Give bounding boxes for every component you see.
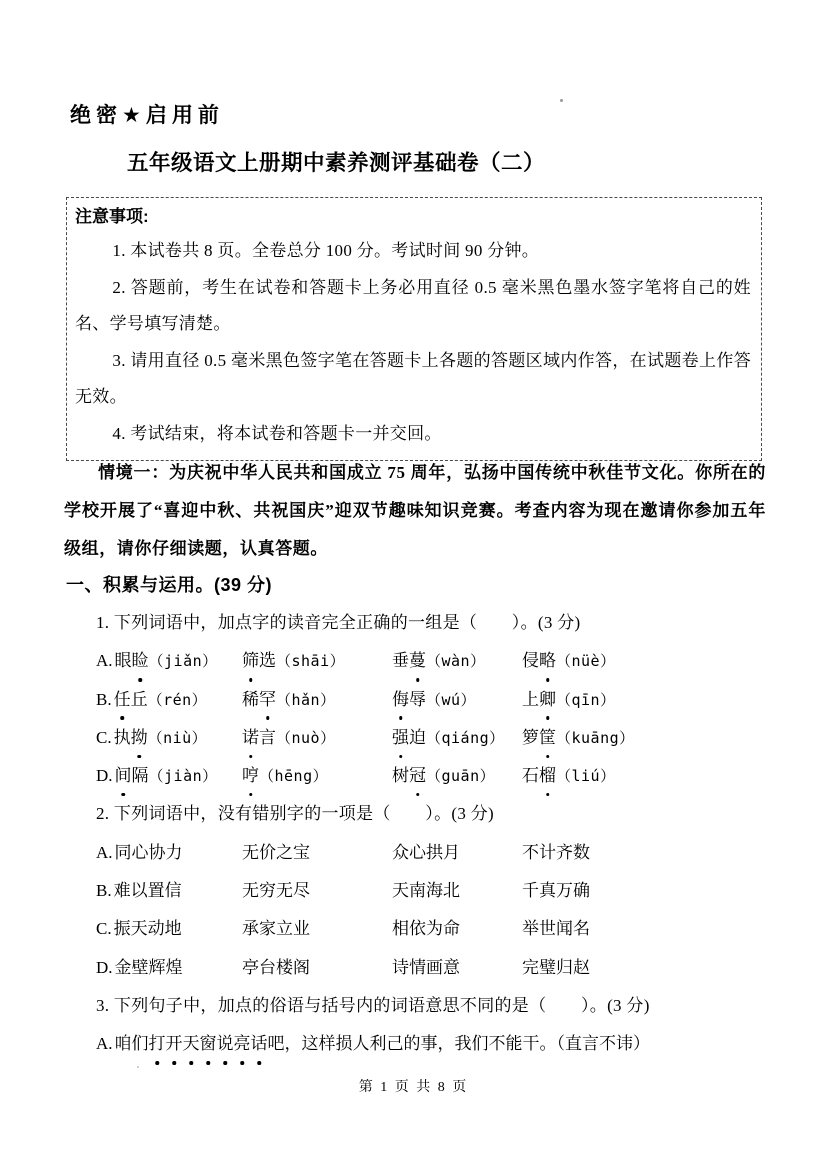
character: 天 bbox=[392, 872, 409, 910]
character: 万 bbox=[556, 872, 573, 910]
character: 众 bbox=[392, 834, 409, 872]
character: 迫 bbox=[409, 719, 426, 757]
option-item: 强迫（qiáng） bbox=[392, 719, 522, 757]
scan-speck bbox=[560, 99, 563, 102]
character: 哼 bbox=[242, 757, 259, 795]
option-item: A.眼睑（jiǎn） bbox=[96, 642, 242, 680]
option-item: 无穷无尽 bbox=[242, 872, 392, 910]
option-item: 亭台楼阁 bbox=[242, 949, 392, 987]
option-item: C.执拗（niù） bbox=[96, 719, 242, 757]
option-row: D.金壁辉煌亭台楼阁诗情画意完璧归赵 bbox=[96, 949, 768, 987]
pinyin-annotation: （qiáng） bbox=[426, 729, 505, 747]
character: 窗 bbox=[200, 1025, 217, 1063]
character: 协 bbox=[149, 834, 166, 872]
character: 开 bbox=[166, 1025, 183, 1063]
pinyin-annotation: （shāi） bbox=[276, 652, 345, 670]
character: 蔓 bbox=[409, 642, 426, 680]
character: 画 bbox=[426, 949, 443, 987]
pinyin-annotation: （hēng） bbox=[259, 767, 328, 785]
character: 意 bbox=[443, 949, 460, 987]
character: 说 bbox=[217, 1025, 234, 1063]
pinyin-annotation: （guān） bbox=[426, 767, 495, 785]
question-stem: 2. 下列词语中，没有错别字的一项是（ ）。(3 分) bbox=[66, 795, 768, 833]
character: 筛 bbox=[242, 642, 259, 680]
character: 不 bbox=[522, 834, 539, 872]
pinyin-annotation: （wú） bbox=[426, 691, 476, 709]
character: 打 bbox=[149, 1025, 166, 1063]
character: 丘 bbox=[131, 681, 148, 719]
notice-item-2: 2. 答题前，考生在试卷和答题卡上务必用直径 0.5 毫米黑色墨水签字笔将自己的… bbox=[75, 270, 751, 343]
character: 楼 bbox=[276, 949, 293, 987]
option-row: C.振天动地承家立业相依为命举世闻名 bbox=[96, 910, 768, 948]
character: 闻 bbox=[556, 910, 573, 948]
option-row: D.间隔（jiàn）哼（hēng）树冠（guān）石榴（liú） bbox=[96, 757, 768, 795]
notice-box: 注意事项: 1. 本试卷共 8 页。全卷总分 100 分。考试时间 90 分钟。… bbox=[66, 197, 762, 461]
character: 略 bbox=[539, 642, 556, 680]
character: 动 bbox=[148, 910, 165, 948]
pinyin-annotation: （nüè） bbox=[556, 652, 616, 670]
character: 穷 bbox=[259, 872, 276, 910]
pinyin-annotation: （jiàn） bbox=[149, 767, 218, 785]
option-row: A.同心协力无价之宝众心拱月不计齐数 bbox=[96, 834, 768, 872]
character: 同 bbox=[115, 834, 132, 872]
option-item: 承家立业 bbox=[242, 910, 392, 948]
character: 璧 bbox=[539, 949, 556, 987]
option-item: C.振天动地 bbox=[96, 910, 242, 948]
character: 尽 bbox=[293, 872, 310, 910]
pinyin-annotation: （kuāng） bbox=[556, 729, 635, 747]
character: 壁 bbox=[132, 949, 149, 987]
character: 承 bbox=[242, 910, 259, 948]
option-item: 众心拱月 bbox=[392, 834, 522, 872]
character: 石 bbox=[522, 757, 539, 795]
character: 为 bbox=[426, 910, 443, 948]
character: 命 bbox=[443, 910, 460, 948]
option-item: 垂蔓（wàn） bbox=[392, 642, 522, 680]
character: 辱 bbox=[409, 681, 426, 719]
option-item: 无价之宝 bbox=[242, 834, 392, 872]
character: 置 bbox=[148, 872, 165, 910]
option-item: 诗情画意 bbox=[392, 949, 522, 987]
character: 计 bbox=[539, 834, 556, 872]
option-item: 诺言（nuò） bbox=[242, 719, 392, 757]
option-row: C.执拗（niù）诺言（nuò）强迫（qiáng）箩筐（kuāng） bbox=[96, 719, 768, 757]
option-item: 上卿（qīn） bbox=[522, 681, 768, 719]
character: 榴 bbox=[539, 757, 556, 795]
option-item: 相依为命 bbox=[392, 910, 522, 948]
character: 树 bbox=[392, 757, 409, 795]
character: 煌 bbox=[166, 949, 183, 987]
character: 依 bbox=[409, 910, 426, 948]
option-item: 筛选（shāi） bbox=[242, 642, 392, 680]
character: 南 bbox=[409, 872, 426, 910]
character: 难 bbox=[114, 872, 131, 910]
option-label: C. bbox=[96, 728, 112, 747]
character: 卿 bbox=[539, 681, 556, 719]
option-sentence: A.咱们打开天窗说亮话吧，这样损人利己的事，我们不能干。（直言不讳） bbox=[66, 1025, 768, 1063]
character: 心 bbox=[132, 834, 149, 872]
character: 赵 bbox=[573, 949, 590, 987]
option-label: B. bbox=[96, 881, 112, 900]
character: 稀 bbox=[242, 681, 259, 719]
character: 心 bbox=[409, 834, 426, 872]
character: 地 bbox=[165, 910, 182, 948]
character: 间 bbox=[115, 757, 132, 795]
option-label: D. bbox=[96, 958, 113, 977]
option-label: B. bbox=[96, 690, 112, 709]
character: 台 bbox=[259, 949, 276, 987]
character: 月 bbox=[443, 834, 460, 872]
character: 强 bbox=[392, 719, 409, 757]
character: 筐 bbox=[539, 719, 556, 757]
character: 无 bbox=[242, 834, 259, 872]
character: 垂 bbox=[392, 642, 409, 680]
character: 金 bbox=[115, 949, 132, 987]
character: 确 bbox=[573, 872, 590, 910]
character: 侵 bbox=[522, 642, 539, 680]
character: 诗 bbox=[392, 949, 409, 987]
character: 冠 bbox=[409, 757, 426, 795]
scan-speck bbox=[137, 1066, 139, 1068]
option-item: 不计齐数 bbox=[522, 834, 768, 872]
character: 振 bbox=[114, 910, 131, 948]
option-item: D.间隔（jiàn） bbox=[96, 757, 242, 795]
pinyin-annotation: （niù） bbox=[148, 729, 208, 747]
character: 世 bbox=[539, 910, 556, 948]
character: 箩 bbox=[522, 719, 539, 757]
pinyin-annotation: （rén） bbox=[148, 691, 208, 709]
character: 完 bbox=[522, 949, 539, 987]
pinyin-annotation: （nuò） bbox=[276, 729, 336, 747]
option-label: A. bbox=[96, 843, 113, 862]
page-footer: 第 1 页 共 8 页 bbox=[0, 1076, 827, 1096]
option-item: 举世闻名 bbox=[522, 910, 768, 948]
character: 之 bbox=[276, 834, 293, 872]
character: 亭 bbox=[242, 949, 259, 987]
character: 阁 bbox=[293, 949, 310, 987]
character: 真 bbox=[539, 872, 556, 910]
character: 辉 bbox=[149, 949, 166, 987]
option-item: 侵略（nüè） bbox=[522, 642, 768, 680]
character: 力 bbox=[166, 834, 183, 872]
character: 无 bbox=[276, 872, 293, 910]
character: 名 bbox=[573, 910, 590, 948]
pinyin-annotation: （jiǎn） bbox=[149, 652, 218, 670]
character: 家 bbox=[259, 910, 276, 948]
character: 情 bbox=[409, 949, 426, 987]
character: 海 bbox=[426, 872, 443, 910]
pinyin-annotation: （qīn） bbox=[556, 691, 616, 709]
option-item: A.同心协力 bbox=[96, 834, 242, 872]
option-item: B.难以置信 bbox=[96, 872, 242, 910]
option-item: 侮辱（wú） bbox=[392, 681, 522, 719]
notice-item-4: 4. 考试结束，将本试卷和答题卡一并交回。 bbox=[75, 416, 751, 453]
option-label: A. bbox=[96, 1034, 113, 1053]
page-title: 五年级语文上册期中素养测评基础卷（二） bbox=[127, 146, 545, 177]
pinyin-annotation: （liú） bbox=[556, 767, 616, 785]
character: 相 bbox=[392, 910, 409, 948]
option-item: 天南海北 bbox=[392, 872, 522, 910]
option-row: B.难以置信无穷无尽天南海北千真万确 bbox=[96, 872, 768, 910]
character: 言 bbox=[259, 719, 276, 757]
option-label: A. bbox=[96, 651, 113, 670]
option-item: 完璧归赵 bbox=[522, 949, 768, 987]
character: 上 bbox=[522, 681, 539, 719]
character: 拗 bbox=[131, 719, 148, 757]
pinyin-annotation: （hǎn） bbox=[276, 691, 336, 709]
option-item: B.任丘（rén） bbox=[96, 681, 242, 719]
exam-paper-page: 绝密★启用前 五年级语文上册期中素养测评基础卷（二） 注意事项: 1. 本试卷共… bbox=[0, 0, 827, 1169]
character: 天 bbox=[183, 1025, 200, 1063]
character: 举 bbox=[522, 910, 539, 948]
character: 北 bbox=[443, 872, 460, 910]
character: 宝 bbox=[293, 834, 310, 872]
option-item: 千真万确 bbox=[522, 872, 768, 910]
option-row: B.任丘（rén）稀罕（hǎn）侮辱（wú）上卿（qīn） bbox=[96, 681, 768, 719]
character: 以 bbox=[131, 872, 148, 910]
character: 立 bbox=[276, 910, 293, 948]
notice-item-1: 1. 本试卷共 8 页。全卷总分 100 分。考试时间 90 分钟。 bbox=[75, 233, 751, 270]
notice-item-3: 3. 请用直径 0.5 毫米黑色签字笔在答题卡上各题的答题区域内作答，在试题卷上… bbox=[75, 343, 751, 416]
scenario-paragraph: 情境一：为庆祝中华人民共和国成立 75 周年，弘扬中国传统中秋佳节文化。你所在的… bbox=[64, 454, 766, 568]
option-item: 哼（hēng） bbox=[242, 757, 392, 795]
character: 选 bbox=[259, 642, 276, 680]
character: 罕 bbox=[259, 681, 276, 719]
character: 执 bbox=[114, 719, 131, 757]
character: 价 bbox=[259, 834, 276, 872]
questions-area: 1. 下列词语中，加点字的读音完全正确的一组是（ ）。(3 分)A.眼睑（jiǎ… bbox=[66, 604, 768, 1064]
character: 拱 bbox=[426, 834, 443, 872]
option-item: D.金壁辉煌 bbox=[96, 949, 242, 987]
character: 话 bbox=[251, 1025, 268, 1063]
character: 齐 bbox=[556, 834, 573, 872]
option-item: 树冠（guān） bbox=[392, 757, 522, 795]
character: 亮 bbox=[234, 1025, 251, 1063]
character: 侮 bbox=[392, 681, 409, 719]
section-heading: 一、积累与运用。(39 分) bbox=[66, 566, 272, 604]
option-item: 箩筐（kuāng） bbox=[522, 719, 768, 757]
option-label: C. bbox=[96, 919, 112, 938]
character: 睑 bbox=[132, 642, 149, 680]
option-item: 稀罕（hǎn） bbox=[242, 681, 392, 719]
character: 业 bbox=[293, 910, 310, 948]
question-stem: 3. 下列句子中，加点的俗语与括号内的词语意思不同的是（ ）。(3 分) bbox=[66, 987, 768, 1025]
character: 千 bbox=[522, 872, 539, 910]
option-label: D. bbox=[96, 766, 113, 785]
option-item: 石榴（liú） bbox=[522, 757, 768, 795]
character: 任 bbox=[114, 681, 131, 719]
character: 天 bbox=[131, 910, 148, 948]
character: 数 bbox=[573, 834, 590, 872]
character: 归 bbox=[556, 949, 573, 987]
question-stem: 1. 下列词语中，加点字的读音完全正确的一组是（ ）。(3 分) bbox=[66, 604, 768, 642]
notice-heading: 注意事项: bbox=[75, 201, 751, 233]
classification-label: 绝密★启用前 bbox=[70, 99, 224, 129]
option-row: A.眼睑（jiǎn）筛选（shāi）垂蔓（wàn）侵略（nüè） bbox=[96, 642, 768, 680]
character: 隔 bbox=[132, 757, 149, 795]
character: 无 bbox=[242, 872, 259, 910]
character: 眼 bbox=[115, 642, 132, 680]
character: 信 bbox=[165, 872, 182, 910]
pinyin-annotation: （wàn） bbox=[426, 652, 486, 670]
character: 诺 bbox=[242, 719, 259, 757]
